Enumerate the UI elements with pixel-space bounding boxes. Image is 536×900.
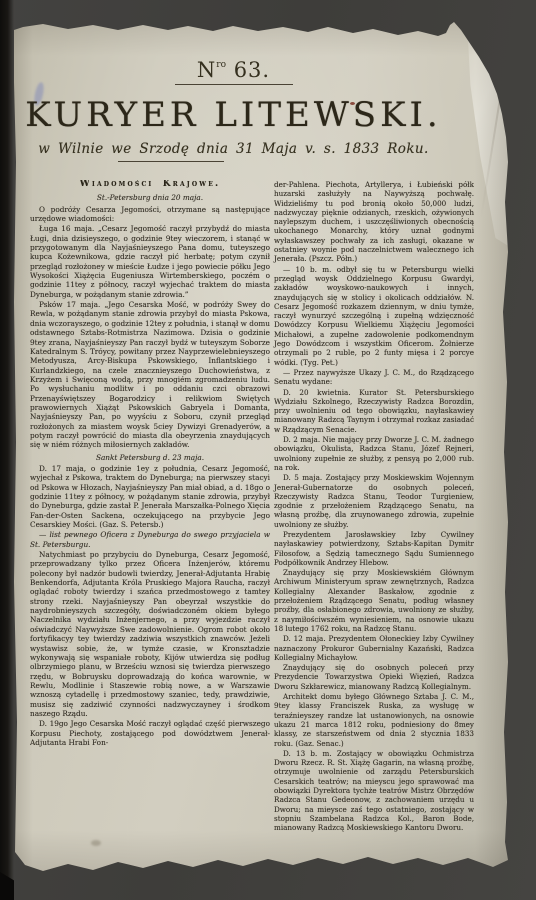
issue-prefix: N — [197, 58, 216, 82]
news-paragraph: O podróży Cesarza Jegomości, otrzymane s… — [30, 205, 270, 224]
news-paragraph: D. 13 b. m. Zostający w obowiązku Ochmis… — [274, 749, 474, 833]
news-paragraph: Znaydujący się przy Moskiewskiém Głównym… — [274, 568, 474, 633]
news-paragraph: D. 2 maja. Nie mający przy Dworze J. C. … — [274, 435, 474, 472]
binding-edge — [0, 0, 14, 900]
paper-title: KURYER LITEWSKI. — [13, 95, 454, 135]
masthead-dateline: w Wilnie we Srzodę dnia 31 Maja v. s. 18… — [13, 141, 454, 157]
news-paragraph: D. 12 maja. Prezydentem Ołoneckiey Izby … — [274, 634, 474, 662]
news-paragraph: D. 17 maja, o godzinie 1ey z południa, C… — [30, 464, 270, 529]
news-paragraph: Znaydujący się do osobnych poleceń przy … — [274, 663, 474, 691]
news-paragraph: Natychmiast po przybyciu do Dyneburga, C… — [30, 550, 270, 718]
article-columns: Wiadomości Krajowe. St.-Petersburg dnia … — [30, 180, 474, 852]
issue-rule — [175, 84, 293, 85]
newspaper-page: Nro 63. KURYER LITEWSKI. w Wilnie we Srz… — [13, 22, 510, 873]
dateline-petersburg-23: Sankt Petersburg d. 23 maja. — [30, 453, 270, 462]
column-right: der-Pahlena. Piechota, Artyllerya, i Łub… — [274, 180, 474, 852]
news-paragraph: Psków 17 maja. „Jego Cesarska Mość, w po… — [30, 300, 270, 450]
officer-letter-note: — list pewnego Oficera z Dyneburga do sw… — [30, 530, 270, 549]
news-paragraph: D. 20 kwietnia. Kurator St. Petersburski… — [274, 388, 474, 434]
masthead-rule — [118, 161, 224, 162]
news-paragraph: Architekt domu byłego Głównego Sztaba J.… — [274, 692, 474, 748]
news-paragraph: D. 19go Jego Cesarska Mość raczył ogląda… — [30, 719, 270, 747]
news-paragraph: der-Pahlena. Piechota, Artyllerya, i Łub… — [274, 180, 474, 264]
news-paragraph: Ługa 16 maja. „Cesarz Jegomość raczył pr… — [30, 224, 270, 299]
dateline-petersburg-20: St.-Petersburg dnia 20 maja. — [30, 193, 270, 202]
section-heading-domestic-news: Wiadomości Krajowe. — [30, 180, 270, 189]
news-paragraph: — 10 b. m. odbył się tu w Petersburgu wi… — [274, 265, 474, 367]
news-paragraph: — Przez naywyższe Ukazy J. C. M., do Rzą… — [274, 368, 474, 387]
news-paragraph: D. 5 maja. Zostający przy Moskiewskim Wo… — [274, 473, 474, 529]
masthead: Nro 63. KURYER LITEWSKI. w Wilnie we Srz… — [13, 58, 510, 162]
issue-value: 63. — [226, 58, 270, 82]
news-paragraph: Prezydentem Jarosławskiey Izby Cywilney … — [274, 530, 474, 567]
issue-superscript: ro — [216, 60, 226, 70]
column-left: Wiadomości Krajowe. St.-Petersburg dnia … — [30, 180, 270, 852]
issue-number: Nro 63. — [13, 58, 454, 82]
